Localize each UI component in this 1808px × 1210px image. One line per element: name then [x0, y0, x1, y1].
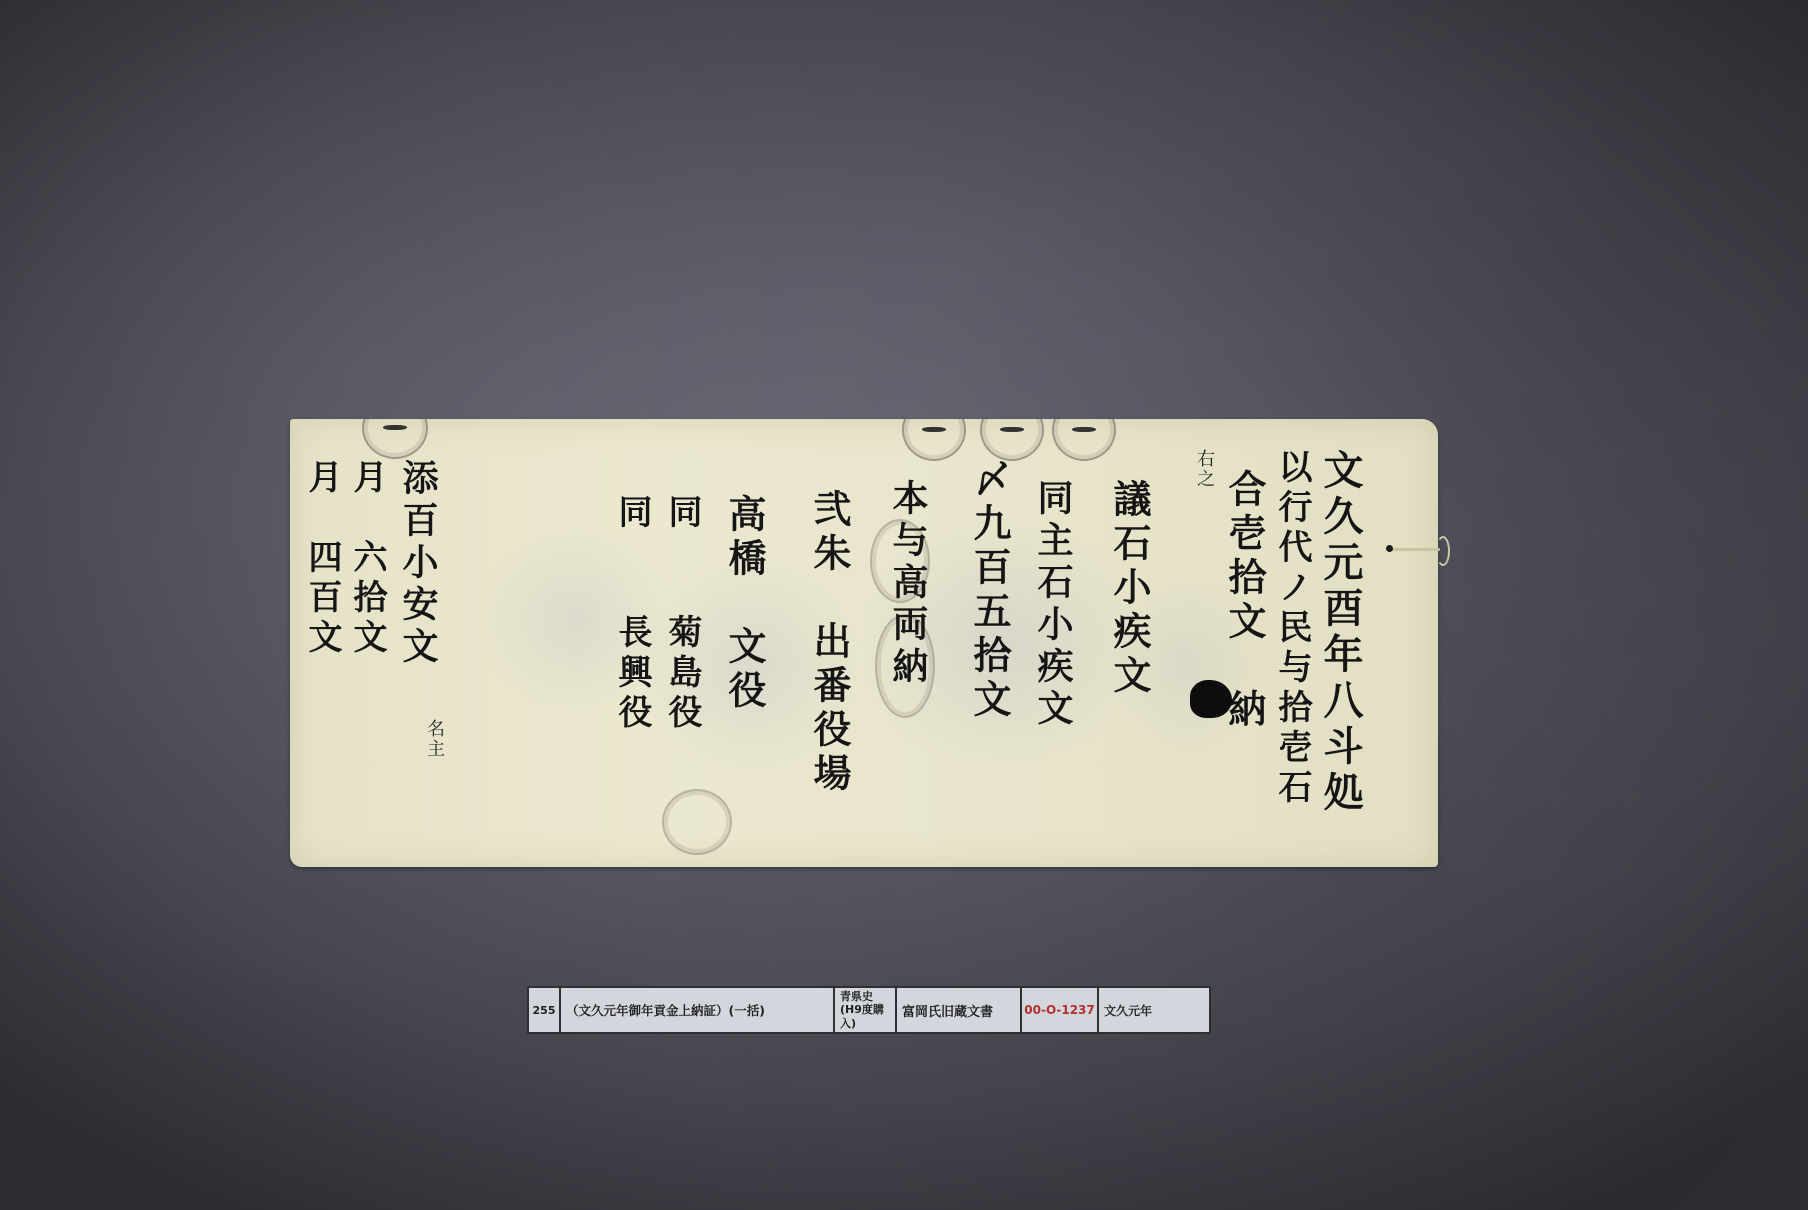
text-column: 月 四百文	[305, 459, 339, 659]
text-column: 本与高両納	[890, 479, 926, 689]
binding-knot	[1436, 536, 1450, 566]
seal-stamp	[1052, 419, 1116, 461]
seal-stamp	[980, 419, 1044, 461]
text-column: 弐朱 出番役場	[810, 489, 848, 797]
text-column: 右之	[1195, 449, 1213, 489]
text-column: 同 菊島役	[665, 494, 699, 734]
text-column: 高橋 文役	[725, 494, 763, 714]
seal-stamp	[902, 419, 966, 461]
label-date: 文久元年	[1099, 988, 1209, 1032]
text-column: 同主石小疾文	[1035, 479, 1071, 731]
historical-document: 文久元酉年八斗処 以行代ノ民与拾壱石 合壱拾文 納 右之 議石小疾文 同主石小疾…	[290, 419, 1438, 867]
text-column: 名主	[425, 719, 443, 759]
label-collection: 富岡氏旧蔵文書	[897, 988, 1022, 1032]
text-column: 議石小疾文	[1110, 479, 1148, 699]
label-source: 青県史(H9度購入)	[835, 988, 897, 1032]
label-number: 255	[529, 988, 561, 1032]
seal-stamp-faint	[662, 789, 732, 855]
text-column: 同 長興役	[615, 494, 649, 734]
text-column: 以行代ノ民与拾壱石	[1275, 449, 1309, 809]
text-column: 月 六拾文	[350, 459, 384, 659]
binding-string	[1388, 548, 1440, 551]
text-column: 〆九百五拾文	[970, 459, 1008, 723]
label-code: 00-O-1237	[1022, 988, 1099, 1032]
catalog-label: 255 （文久元年御年貢金上納証）(一括) 青県史(H9度購入) 富岡氏旧蔵文書…	[527, 986, 1211, 1034]
label-title: （文久元年御年貢金上納証）(一括)	[561, 988, 835, 1032]
ink-blot	[1190, 680, 1232, 718]
text-column: 文久元酉年八斗処	[1320, 449, 1360, 817]
binding-hole	[1386, 545, 1393, 552]
text-column: 添百小安文	[400, 459, 436, 669]
seal-stamp	[362, 419, 428, 459]
